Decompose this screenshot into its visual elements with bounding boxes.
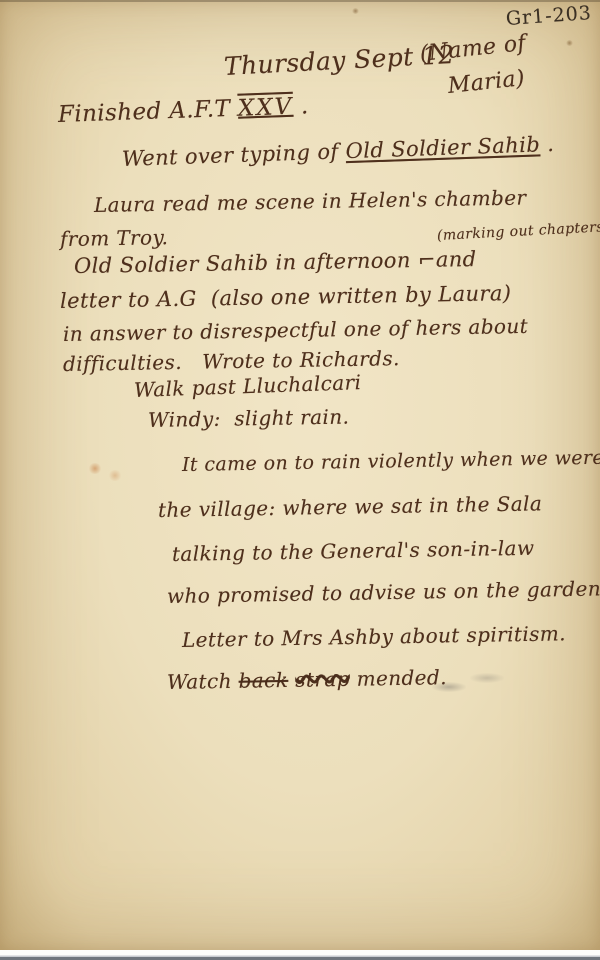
afternoon-line: Old Soldier Sahib in afternoon ⌐and (74, 247, 477, 278)
rain-line2: the village: where we sat in the Sala (158, 491, 543, 522)
finished-line: Finished A.F.T XXV . (58, 93, 310, 128)
manuscript-page: Gr1-203 Thursday Sept 12 (Name of Maria)… (0, 0, 600, 950)
watch-line: Watch backstrap mended. (167, 665, 447, 694)
foxing-spot (108, 470, 122, 481)
finished-prefix: Finished A.F.T (58, 96, 239, 128)
walk-line: Walk past Lluchalcari (134, 370, 362, 402)
book-title-underlined: Old Soldier Sahib (345, 132, 540, 163)
roman-numeral: XXV (237, 94, 293, 122)
interlinear-insertion: (marking out chapters) (437, 219, 600, 244)
rain-line1: It came on to rain violently when we wer… (182, 446, 600, 476)
archive-mark: Gr1-203 (505, 2, 592, 30)
scribbled-word: strap (295, 667, 350, 692)
rain-line3: talking to the General's son-in-law (172, 536, 535, 566)
finished-suffix: . (293, 93, 309, 120)
typing-line: Went over typing of Old Soldier Sahib . (122, 132, 555, 171)
answer-line: in answer to disrespectful one of hers a… (63, 314, 529, 346)
struck-word: back (238, 668, 288, 693)
foxing-speck (352, 8, 359, 14)
saints-day-note-line2: Maria) (447, 66, 526, 99)
watch-suffix: mended. (350, 665, 447, 691)
typing-suffix: . (540, 132, 555, 156)
foxing-speck (566, 40, 573, 46)
foxing-spot (88, 463, 102, 474)
letter-ag-line: letter to A.G (also one written by Laura… (60, 281, 512, 313)
watch-prefix: Watch (167, 669, 239, 694)
scan-edge-top (0, 0, 600, 2)
rain-line4: who promised to advise us on the garden. (167, 576, 600, 608)
scan-edge-bottom (0, 950, 600, 960)
ashby-letter-line: Letter to Mrs Ashby about spiritism. (182, 621, 566, 652)
laura-line2: from Troy. (60, 225, 169, 251)
pencil-smudge (470, 673, 504, 683)
weather-line: Windy: slight rain. (148, 404, 350, 432)
laura-line1: Laura read me scene in Helen's chamber (94, 185, 527, 217)
typing-prefix: Went over typing of (122, 139, 346, 171)
saints-day-note-line1: (Name of (419, 31, 527, 67)
